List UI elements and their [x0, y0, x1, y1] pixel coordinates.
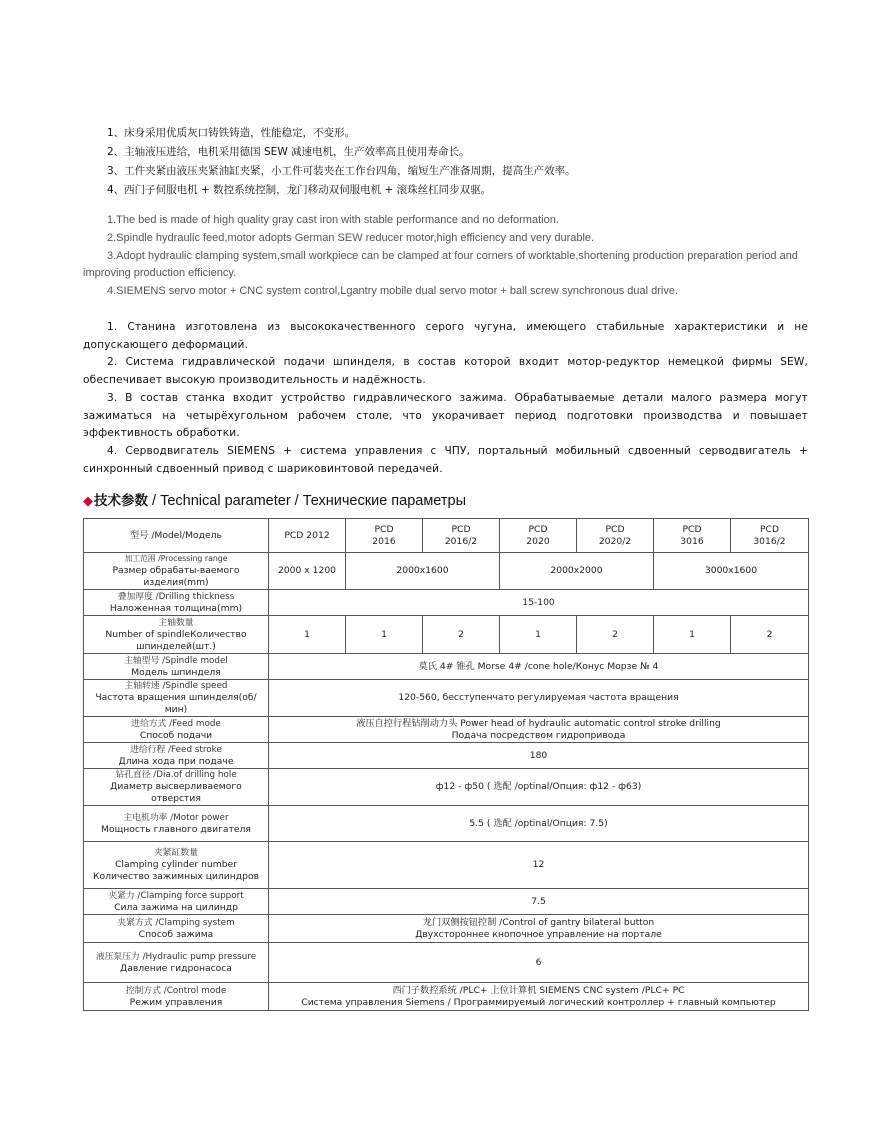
- model-cell: PCD 2016/2: [423, 519, 500, 553]
- row-label: 主轴数量Number of spindleКоличествошпинделей…: [84, 616, 269, 654]
- technical-parameter-table: 型号 /Model/Модель PCD 2012 PCD 2016 PCD 2…: [83, 518, 809, 1011]
- model-cell: PCD 2020: [500, 519, 577, 553]
- table-row: 主电机功率 /Motor powerМощность главного двиг…: [84, 806, 809, 842]
- table-row: 进给方式 /Feed modeСпособ подачи 液压自控行程钻削动力头…: [84, 717, 809, 743]
- row-label: 钻孔直径 /Dia.of drilling holeДиаметр высвер…: [84, 769, 269, 806]
- features-chinese: 1、床身采用优质灰口铸铁铸造，性能稳定，不变形。 2、主轴液压进给，电机采用德国…: [107, 124, 807, 200]
- value-cell: 液压自控行程钻削动力头 Power head of hydraulic auto…: [269, 717, 809, 743]
- feature-ru-1: 1. Станина изготовлена из высококачестве…: [83, 319, 808, 354]
- value-cell: 2: [577, 616, 654, 654]
- value-cell: 龙门双侧按钮控制 /Control of gantry bilateral bu…: [269, 915, 809, 943]
- row-label: 加工范围 /Processing rangeРазмер обрабаты-ва…: [84, 553, 269, 590]
- value-cell: 西门子数控系统 /PLC+ 上位计算机 SIEMENS CNC system /…: [269, 983, 809, 1011]
- diamond-icon: ◆: [83, 493, 93, 508]
- value-cell: 1: [269, 616, 346, 654]
- table-header-row: 型号 /Model/Модель PCD 2012 PCD 2016 PCD 2…: [84, 519, 809, 553]
- table-row: 主轴数量Number of spindleКоличествошпинделей…: [84, 616, 809, 654]
- row-label: 控制方式 /Control modeРежим управления: [84, 983, 269, 1011]
- value-cell: 120-560, бесступенчато регулируемая част…: [269, 680, 809, 717]
- value-cell: 5.5 ( 选配 /optinal/Опция: 7.5): [269, 806, 809, 842]
- row-label: 进给方式 /Feed modeСпособ подачи: [84, 717, 269, 743]
- feature-cn-2: 2、主轴液压进给，电机采用德国 SEW 减速电机，生产效率高且使用寿命长。: [107, 143, 807, 162]
- row-label: 夹紧缸数量Clamping cylinder numberКоличество …: [84, 842, 269, 889]
- model-cell: PCD 2016: [346, 519, 423, 553]
- value-cell: 2000x2000: [500, 553, 654, 590]
- table-row: 主轴转速 /Spindle speedЧастота вращения шпин…: [84, 680, 809, 717]
- row-label: 叠加厚度 /Drilling thicknessНаложенная толщи…: [84, 590, 269, 616]
- value-cell: 15-100: [269, 590, 809, 616]
- value-cell: 12: [269, 842, 809, 889]
- value-cell: 3000x1600: [654, 553, 809, 590]
- section-title-cn: 技术参数: [94, 493, 148, 509]
- table-row: 夹紧力 /Clamping force supportСила зажима н…: [84, 889, 809, 915]
- header-label: 型号 /Model/Модель: [84, 519, 269, 553]
- value-cell: 2000x1600: [346, 553, 500, 590]
- table-row: 钻孔直径 /Dia.of drilling holeДиаметр высвер…: [84, 769, 809, 806]
- feature-en-2: 2.Spindle hydraulic feed,motor adopts Ge…: [83, 230, 808, 248]
- table-row: 夹紧缸数量Clamping cylinder numberКоличество …: [84, 842, 809, 889]
- row-label: 进给行程 /Feed strokeДлина хода при подаче: [84, 743, 269, 769]
- section-title-rest: / Technical parameter / Технические пара…: [148, 493, 466, 509]
- feature-ru-3: 3. В состав станка входит устройство гид…: [83, 390, 808, 443]
- row-label: 主电机功率 /Motor powerМощность главного двиг…: [84, 806, 269, 842]
- features-english: 1.The bed is made of high quality gray c…: [83, 212, 808, 301]
- value-cell: 7.5: [269, 889, 809, 915]
- model-cell: PCD 3016/2: [731, 519, 809, 553]
- table-row: 夹紧方式 /Clamping systemСпособ зажима 龙门双侧按…: [84, 915, 809, 943]
- value-cell: 1: [654, 616, 731, 654]
- row-label: 主轴转速 /Spindle speedЧастота вращения шпин…: [84, 680, 269, 717]
- value-cell: 1: [346, 616, 423, 654]
- table-row: 液压泵压力 /Hydraulic pump pressureДавление г…: [84, 943, 809, 983]
- feature-en-1: 1.The bed is made of high quality gray c…: [83, 212, 808, 230]
- value-cell: 1: [500, 616, 577, 654]
- value-cell: 6: [269, 943, 809, 983]
- feature-ru-2: 2. Система гидравлической подачи шпиндел…: [83, 354, 808, 389]
- table-row: 叠加厚度 /Drilling thicknessНаложенная толщи…: [84, 590, 809, 616]
- feature-cn-4: 4、西门子伺服电机 + 数控系统控制，龙门移动双伺服电机 + 滚珠丝杠同步双驱。: [107, 181, 807, 200]
- table-row: 控制方式 /Control modeРежим управления 西门子数控…: [84, 983, 809, 1011]
- model-cell: PCD 3016: [654, 519, 731, 553]
- section-title: ◆技术参数 / Technical parameter / Технически…: [83, 489, 466, 509]
- value-cell: ф12 - ф50 ( 选配 /optinal/Опция: ф12 - ф63…: [269, 769, 809, 806]
- value-cell: 2: [731, 616, 809, 654]
- feature-en-3: 3.Adopt hydraulic clamping system,small …: [83, 248, 808, 284]
- row-label: 主轴型号 /Spindle modelМодель шпинделя: [84, 654, 269, 680]
- value-cell: 2: [423, 616, 500, 654]
- value-cell: 2000 x 1200: [269, 553, 346, 590]
- value-cell: 莫氏 4# 锥孔 Morse 4# /cone hole/Конус Морзе…: [269, 654, 809, 680]
- table-row: 主轴型号 /Spindle modelМодель шпинделя 莫氏 4#…: [84, 654, 809, 680]
- row-label: 夹紧方式 /Clamping systemСпособ зажима: [84, 915, 269, 943]
- model-cell: PCD 2020/2: [577, 519, 654, 553]
- features-russian: 1. Станина изготовлена из высококачестве…: [83, 319, 808, 478]
- table-row: 进给行程 /Feed strokeДлина хода при подаче 1…: [84, 743, 809, 769]
- row-label: 夹紧力 /Clamping force supportСила зажима н…: [84, 889, 269, 915]
- row-label: 液压泵压力 /Hydraulic pump pressureДавление г…: [84, 943, 269, 983]
- model-cell: PCD 2012: [269, 519, 346, 553]
- value-cell: 180: [269, 743, 809, 769]
- feature-en-4: 4.SIEMENS servo motor + CNC system contr…: [83, 283, 808, 301]
- feature-cn-3: 3、工件夹紧由液压夹紧油缸夹紧，小工件可装夹在工作台四角，缩短生产准备周期，提高…: [107, 162, 807, 181]
- table-row: 加工范围 /Processing rangeРазмер обрабаты-ва…: [84, 553, 809, 590]
- feature-ru-4: 4. Серводвигатель SIEMENS + система упра…: [83, 443, 808, 478]
- feature-cn-1: 1、床身采用优质灰口铸铁铸造，性能稳定，不变形。: [107, 124, 807, 143]
